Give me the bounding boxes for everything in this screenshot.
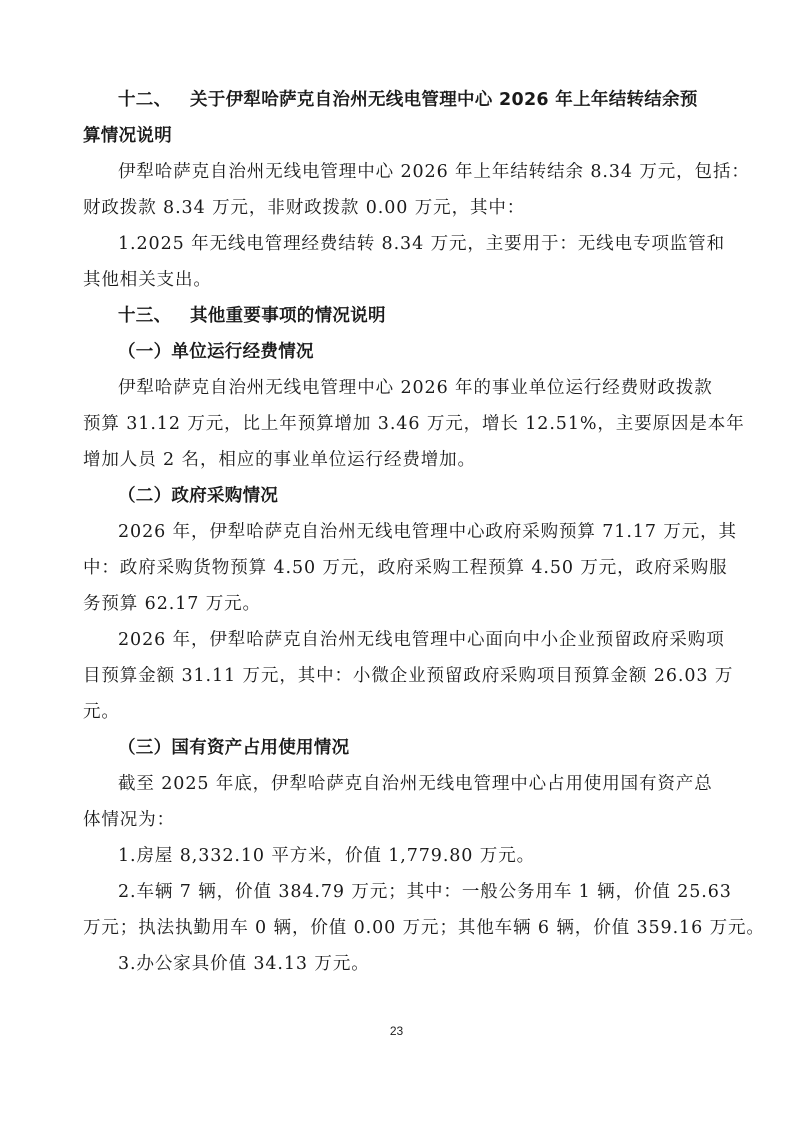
- section-13-number: 十三、: [118, 298, 190, 334]
- section-12-para-line2: 财政拨款 8.34 万元，非财政拨款 0.00 万元，其中：: [83, 190, 713, 226]
- subsection-2-heading: （二）政府采购情况: [83, 478, 713, 514]
- subsection-2-para2-line1: 2026 年，伊犁哈萨克自治州无线电管理中心面向中小企业预留政府采购项: [83, 622, 713, 658]
- subsection-1-line1: 伊犁哈萨克自治州无线电管理中心 2026 年的事业单位运行经费财政拨款: [83, 370, 713, 406]
- subsection-2-para2-line2: 目预算金额 31.11 万元，其中：小微企业预留政府采购项目预算金额 26.03…: [83, 658, 713, 694]
- asset-item-furniture: 3.办公家具价值 34.13 万元。: [83, 946, 713, 982]
- section-12-para-line1: 伊犁哈萨克自治州无线电管理中心 2026 年上年结转结余 8.34 万元，包括：: [83, 154, 713, 190]
- section-12-item1-line2: 其他相关支出。: [83, 262, 713, 298]
- asset-item-housing: 1.房屋 8,332.10 平方米，价值 1,779.80 万元。: [83, 838, 713, 874]
- document-page: 十二、关于伊犁哈萨克自治州无线电管理中心 2026 年上年结转结余预 算情况说明…: [83, 82, 713, 982]
- section-12-item1-line1: 1.2025 年无线电管理经费结转 8.34 万元，主要用于：无线电专项监管和: [83, 226, 713, 262]
- subsection-2-para1-line3: 务预算 62.17 万元。: [83, 586, 713, 622]
- subsection-1-heading: （一）单位运行经费情况: [83, 334, 713, 370]
- subsection-2-para2-line3: 元。: [83, 694, 713, 730]
- subsection-3-intro-line2: 体情况为：: [83, 802, 713, 838]
- subsection-1-line2: 预算 31.12 万元，比上年预算增加 3.46 万元，增长 12.51%，主要…: [83, 406, 713, 442]
- subsection-3-intro-line1: 截至 2025 年底，伊犁哈萨克自治州无线电管理中心占用使用国有资产总: [83, 766, 713, 802]
- section-12-number: 十二、: [118, 82, 190, 118]
- section-12-heading: 十二、关于伊犁哈萨克自治州无线电管理中心 2026 年上年结转结余预: [83, 82, 713, 118]
- section-12-title-line2: 算情况说明: [83, 118, 713, 154]
- section-13-title: 其他重要事项的情况说明: [190, 306, 386, 326]
- page-number: 23: [0, 1024, 793, 1038]
- subsection-1-line3: 增加人员 2 名，相应的事业单位运行经费增加。: [83, 442, 713, 478]
- section-12-title-line1: 关于伊犁哈萨克自治州无线电管理中心 2026 年上年结转结余预: [190, 90, 698, 110]
- asset-item-vehicles-line2: 万元；执法执勤用车 0 辆，价值 0.00 万元；其他车辆 6 辆，价值 359…: [83, 910, 713, 946]
- subsection-2-para1-line2: 中：政府采购货物预算 4.50 万元，政府采购工程预算 4.50 万元，政府采购…: [83, 550, 713, 586]
- section-13-heading: 十三、其他重要事项的情况说明: [83, 298, 713, 334]
- asset-item-vehicles-line1: 2.车辆 7 辆，价值 384.79 万元；其中：一般公务用车 1 辆，价值 2…: [83, 874, 713, 910]
- subsection-2-para1-line1: 2026 年，伊犁哈萨克自治州无线电管理中心政府采购预算 71.17 万元，其: [83, 514, 713, 550]
- subsection-3-heading: （三）国有资产占用使用情况: [83, 730, 713, 766]
